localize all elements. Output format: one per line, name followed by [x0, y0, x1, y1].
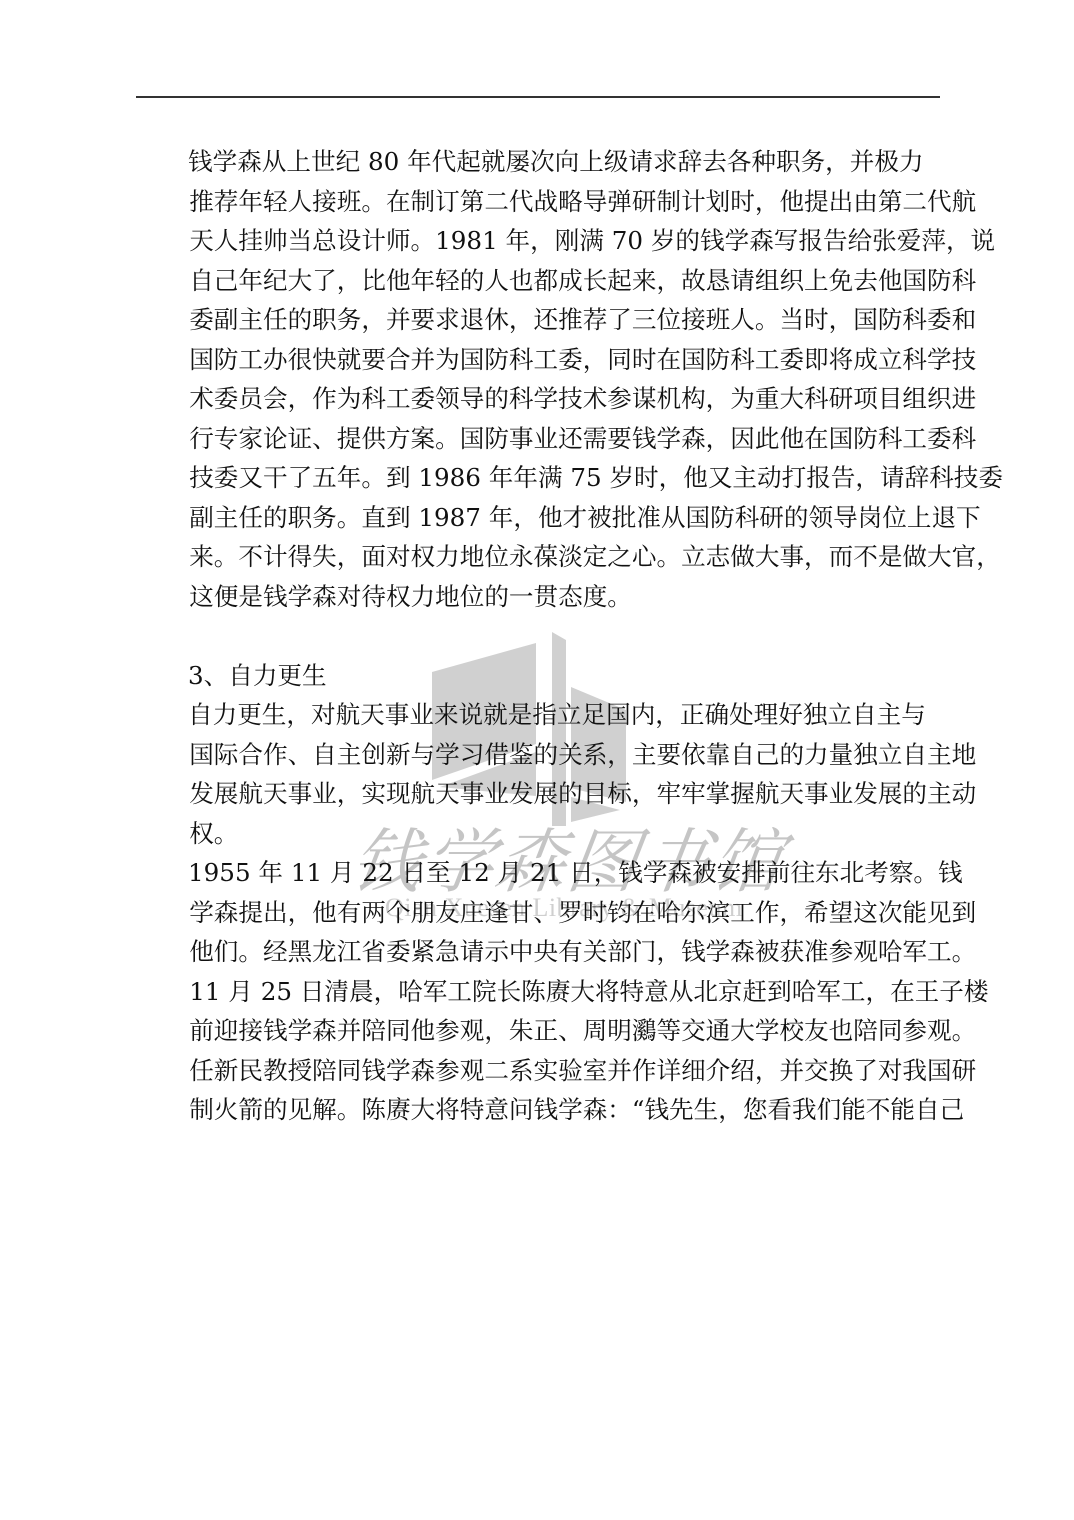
- text-line: 委副主任的职务，并要求退休，还推荐了三位接班人。当时，国防科委和: [140, 300, 940, 340]
- text-line: 制火箭的见解。陈赓大将特意问钱学森：“钱先生，您看我们能不能自己: [140, 1090, 940, 1130]
- text-line: 发展航天事业，实现航天事业发展的目标，牢牢掌握航天事业发展的主动: [140, 774, 940, 814]
- header-rule: [136, 96, 940, 98]
- paragraph-2: 自力更生，对航天事业来说就是指立足国内，正确处理好独立自主与 国际合作、自主创新…: [140, 695, 940, 853]
- text-line: 钱学森从上世纪 80 年代起就屡次向上级请求辞去各种职务，并极力: [140, 142, 940, 182]
- text-line: 来。不计得失，面对权力地位永葆淡定之心。立志做大事，而不是做大官，: [140, 537, 940, 577]
- paragraph-3: 1955 年 11 月 22 日至 12 月 21 日，钱学森被安排前往东北考察…: [140, 853, 940, 1130]
- text-line: 学森提出，他有两个朋友庄逢甘、罗时钧在哈尔滨工作，希望这次能见到: [140, 893, 940, 933]
- text-line: 他们。经黑龙江省委紧急请示中央有关部门，钱学森被获准参观哈军工。: [140, 932, 940, 972]
- section-heading: 3、自力更生: [140, 656, 940, 696]
- text-line: 任新民教授陪同钱学森参观二系实验室并作详细介绍，并交换了对我国研: [140, 1051, 940, 1091]
- text-line: 权。: [140, 814, 940, 854]
- text-line: 行专家论证、提供方案。国防事业还需要钱学森，因此他在国防科工委科: [140, 419, 940, 459]
- text-line: 技委又干了五年。到 1986 年年满 75 岁时，他又主动打报告，请辞科技委: [140, 458, 940, 498]
- blank-line: [140, 616, 940, 656]
- text-line: 副主任的职务。直到 1987 年，他才被批准从国防科研的领导岗位上退下: [140, 498, 940, 538]
- text-line: 术委员会，作为科工委领导的科学技术参谋机构，为重大科研项目组织进: [140, 379, 940, 419]
- text-line: 天人挂帅当总设计师。1981 年，刚满 70 岁的钱学森写报告给张爱萍，说: [140, 221, 940, 261]
- text-line: 国防工办很快就要合并为国防科工委，同时在国防科工委即将成立科学技: [140, 340, 940, 380]
- text-line: 自己年纪大了，比他年轻的人也都成长起来，故恳请组织上免去他国防科: [140, 261, 940, 301]
- document-body: 钱学森从上世纪 80 年代起就屡次向上级请求辞去各种职务，并极力 推荐年轻人接班…: [140, 142, 940, 1130]
- text-line: 自力更生，对航天事业来说就是指立足国内，正确处理好独立自主与: [140, 695, 940, 735]
- text-line: 1955 年 11 月 22 日至 12 月 21 日，钱学森被安排前往东北考察…: [140, 853, 940, 893]
- text-line: 推荐年轻人接班。在制订第二代战略导弹研制计划时，他提出由第二代航: [140, 182, 940, 222]
- text-line: 国际合作、自主创新与学习借鉴的关系，主要依靠自己的力量独立自主地: [140, 735, 940, 775]
- text-line: 前迎接钱学森并陪同他参观，朱正、周明鸂等交通大学校友也陪同参观。: [140, 1011, 940, 1051]
- text-line: 11 月 25 日清晨，哈军工院长陈赓大将特意从北京赶到哈军工，在王子楼: [140, 972, 940, 1012]
- text-line: 这便是钱学森对待权力地位的一贯态度。: [140, 577, 940, 617]
- paragraph-1: 钱学森从上世纪 80 年代起就屡次向上级请求辞去各种职务，并极力 推荐年轻人接班…: [140, 142, 940, 616]
